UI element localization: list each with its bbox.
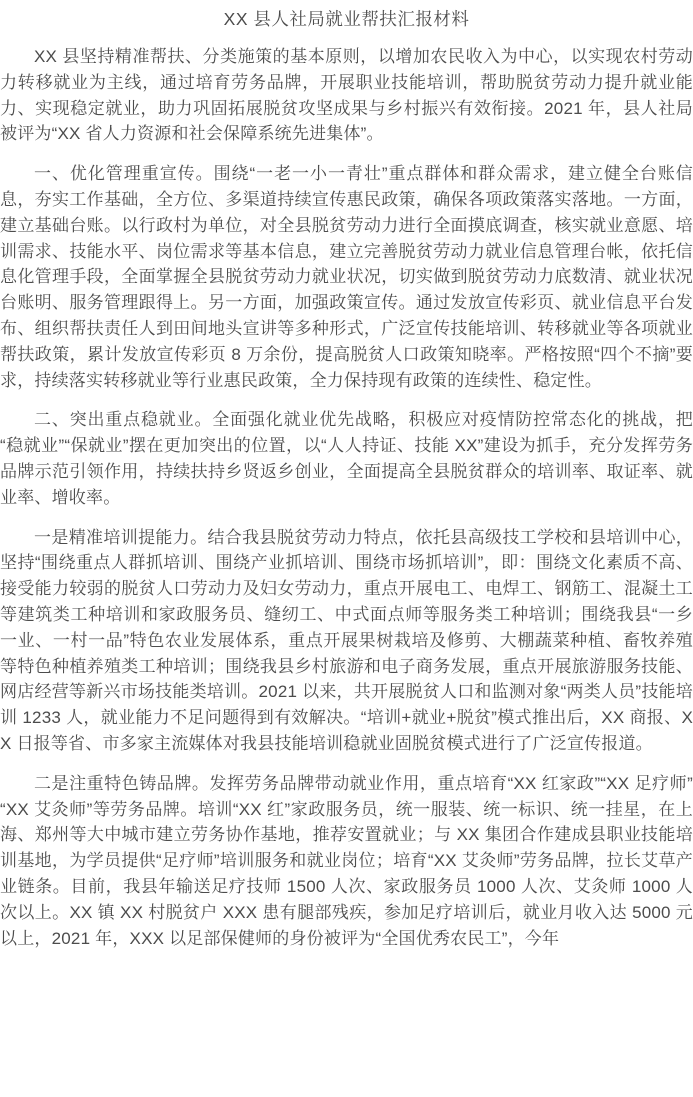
paragraph-point-2: 二是注重特色铸品牌。发挥劳务品牌带动就业作用，重点培育“XX 红家政”“XX 足… bbox=[0, 771, 693, 952]
paragraph-intro: XX 县坚持精准帮扶、分类施策的基本原则，以增加农民收入为中心，以实现农村劳动力… bbox=[0, 44, 693, 147]
paragraph-section-2: 二、突出重点稳就业。全面强化就业优先战略，积极应对疫情防控常态化的挑战，把“稳就… bbox=[0, 407, 693, 510]
paragraph-section-1: 一、优化管理重宣传。围绕“一老一小一青壮”重点群体和群众需求，建立健全台账信息，… bbox=[0, 161, 693, 393]
document-title: XX 县人社局就业帮扶汇报材料 bbox=[0, 6, 693, 32]
document-page: XX 县人社局就业帮扶汇报材料 XX 县坚持精准帮扶、分类施策的基本原则，以增加… bbox=[0, 0, 693, 1097]
paragraph-point-1: 一是精准培训提能力。结合我县脱贫劳动力特点，依托县高级技工学校和县培训中心，坚持… bbox=[0, 525, 693, 757]
